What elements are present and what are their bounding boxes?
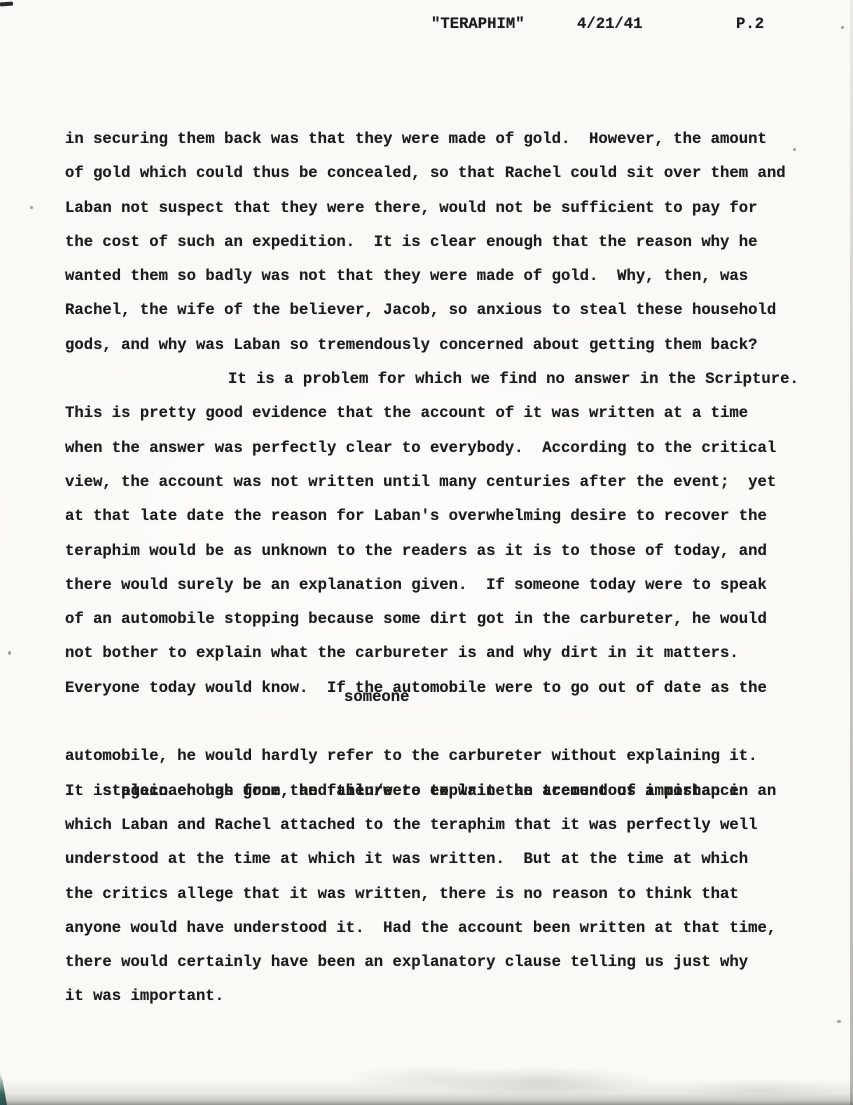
scan-artifact-bottom-left-mark (0, 1071, 7, 1105)
text-line: anyone would have understood it. Had the… (65, 911, 805, 945)
text-line: of gold which could thus be concealed, s… (65, 156, 805, 190)
text-line: view, the account was not written until … (65, 465, 805, 499)
text-line: it was important. (65, 979, 805, 1013)
text-line: in securing them back was that they were… (65, 122, 805, 156)
document-title: "TERAPHIM" (431, 15, 525, 33)
text-line: there would certainly have been an expla… (65, 945, 805, 979)
page-number: P.2 (736, 15, 764, 33)
scan-artifact-top-left-mark (0, 2, 13, 7)
text-line: This is pretty good evidence that the ac… (65, 396, 805, 430)
document-date: 4/21/41 (577, 15, 643, 33)
text-line: gods, and why was Laban so tremendously … (65, 328, 805, 362)
interline-insertion-word: someone (344, 688, 410, 706)
text-line: It is plain enough from the failure to e… (65, 774, 805, 808)
text-line-with-insertion: someone stagecoach has gone, and then/we… (65, 705, 805, 739)
text-line: there would surely be an explanation giv… (65, 568, 805, 602)
scanned-document-page: { "page": { "paper_color": "#faf9f5", "i… (0, 0, 853, 1105)
text-line: Rachel, the wife of the believer, Jacob,… (65, 293, 805, 327)
text-line: the critics allege that it was written, … (65, 877, 805, 911)
scan-speck (841, 26, 844, 29)
text-line: Laban not suspect that they were there, … (65, 191, 805, 225)
text-line: of an automobile stopping because some d… (65, 602, 805, 636)
text-line: when the answer was perfectly clear to e… (65, 431, 805, 465)
text-line: understood at the time at which it was w… (65, 842, 805, 876)
document-body: in securing them back was that they were… (65, 122, 805, 1014)
text-line: at that late date the reason for Laban's… (65, 499, 805, 533)
scan-speck (30, 206, 33, 209)
text-line: automobile, he would hardly refer to the… (65, 739, 805, 773)
scan-speck (8, 651, 11, 655)
scan-speck (837, 1020, 841, 1023)
scan-artifact-bottom-smudge-band (0, 1079, 853, 1105)
text-line: which Laban and Rachel attached to the t… (65, 808, 805, 842)
text-line: teraphim would be as unknown to the read… (65, 534, 805, 568)
text-line-paragraph-start: It is a problem for which we find no ans… (65, 362, 805, 396)
text-line: the cost of such an expedition. It is cl… (65, 225, 805, 259)
text-line: wanted them so badly was not that they w… (65, 259, 805, 293)
text-line: not bother to explain what the carburete… (65, 636, 805, 670)
text-line: Everyone today would know. If the automo… (65, 671, 805, 705)
